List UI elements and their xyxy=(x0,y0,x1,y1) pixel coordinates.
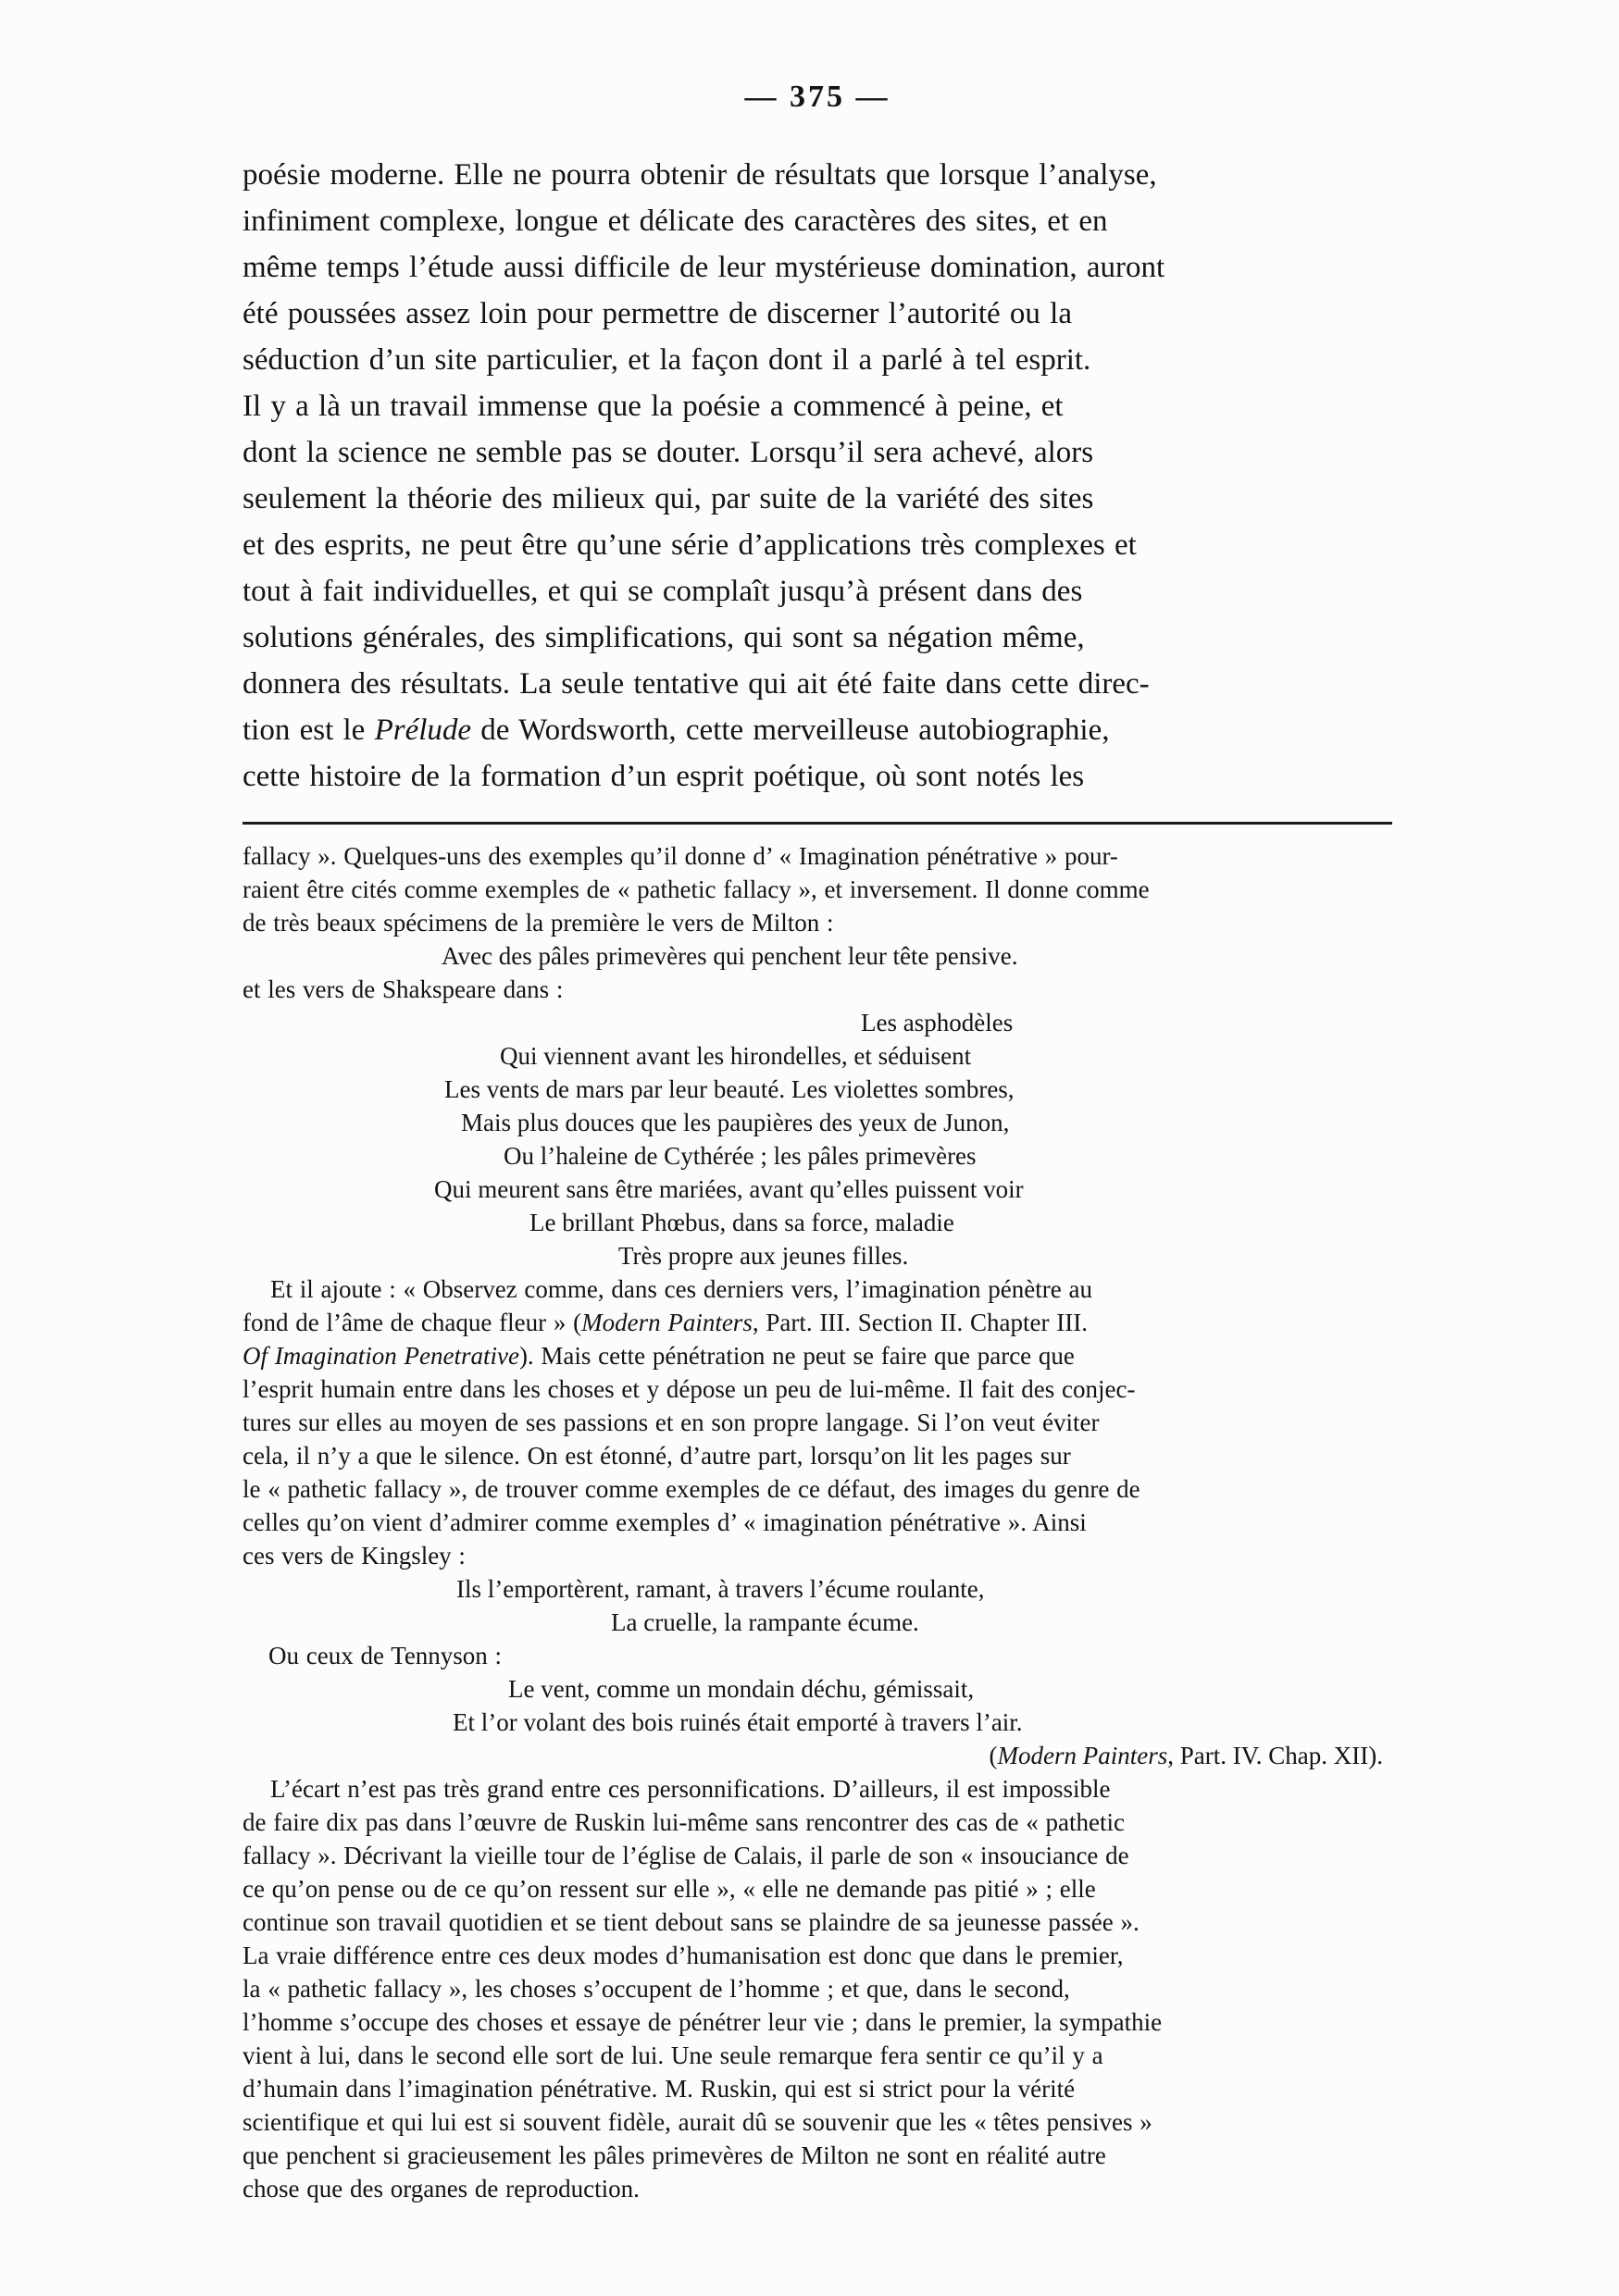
footnote-section: fallacy ». Quelques-uns des exemples qu’… xyxy=(243,822,1392,2205)
shakespeare-verse-line: Qui viennent avant les hirondelles, et s… xyxy=(243,1039,1392,1073)
kingsley-verse-line: La cruelle, la rampante écume. xyxy=(243,1606,1392,1639)
footnote-paragraph-3: L’écart n’est pas très grand entre ces p… xyxy=(243,1772,1392,2205)
citation-line: (Modern Painters, Part. IV. Chap. XII). xyxy=(243,1739,1392,1772)
main-text-segment-1: poésie moderne. Elle ne pourra obtenir d… xyxy=(243,158,1164,747)
main-paragraph: poésie moderne. Elle ne pourra obtenir d… xyxy=(243,152,1392,800)
text-block: — 375 — poésie moderne. Elle ne pourra o… xyxy=(0,0,1619,2205)
book-title-modern-painters: Modern Painters xyxy=(998,1742,1168,1769)
tennyson-intro: Ou ceux de Tennyson : xyxy=(243,1639,1392,1672)
shakespeare-verse-line: Le brillant Phœbus, dans sa force, malad… xyxy=(243,1206,1392,1239)
citation-open: ( xyxy=(990,1742,998,1769)
shakespeare-verse-line: Mais plus douces que les paupières des y… xyxy=(243,1106,1392,1139)
chapter-title-imagination-penetrative: Of Imagination Penetrative xyxy=(243,1342,519,1370)
tennyson-verse-line: Et l’or volant des bois ruinés était emp… xyxy=(243,1706,1392,1739)
scanned-book-page: — 375 — poésie moderne. Elle ne pourra o… xyxy=(0,0,1619,2296)
fn2-segment-2: , Part. III. Section II. Chapter III. xyxy=(753,1309,1088,1336)
shakespeare-verse-line: Ou l’haleine de Cythérée ; les pâles pri… xyxy=(243,1139,1392,1173)
page-number: — 375 — xyxy=(243,0,1392,115)
kingsley-verse-line: Ils l’emportèrent, ramant, à travers l’é… xyxy=(243,1572,1392,1606)
footnote-paragraph-1: fallacy ». Quelques-uns des exemples qu’… xyxy=(243,839,1392,939)
shakespeare-verse-line: Qui meurent sans être mariées, avant qu’… xyxy=(243,1173,1392,1206)
shakespeare-verse-line: Très propre aux jeunes filles. xyxy=(243,1239,1392,1272)
tennyson-verse-line: Le vent, comme un mondain déchu, gémissa… xyxy=(243,1672,1392,1706)
shakespeare-intro: et les vers de Shakspeare dans : xyxy=(243,973,1392,1006)
citation-rest: , Part. IV. Chap. XII). xyxy=(1167,1742,1383,1769)
book-title-modern-painters: Modern Painters xyxy=(581,1309,753,1336)
footnote-paragraph-2: Et il ajoute : « Observez comme, dans ce… xyxy=(243,1272,1392,1572)
fn2-segment-3: ). Mais cette pénétration ne peut se fai… xyxy=(243,1342,1140,1570)
milton-verse-line: Avec des pâles primevères qui penchent l… xyxy=(243,939,1392,973)
shakespeare-verse-line: Les vents de mars par leur beauté. Les v… xyxy=(243,1073,1392,1106)
shakespeare-verse-line: Les asphodèles xyxy=(243,1006,1392,1039)
book-title-prelude: Prélude xyxy=(375,714,471,747)
